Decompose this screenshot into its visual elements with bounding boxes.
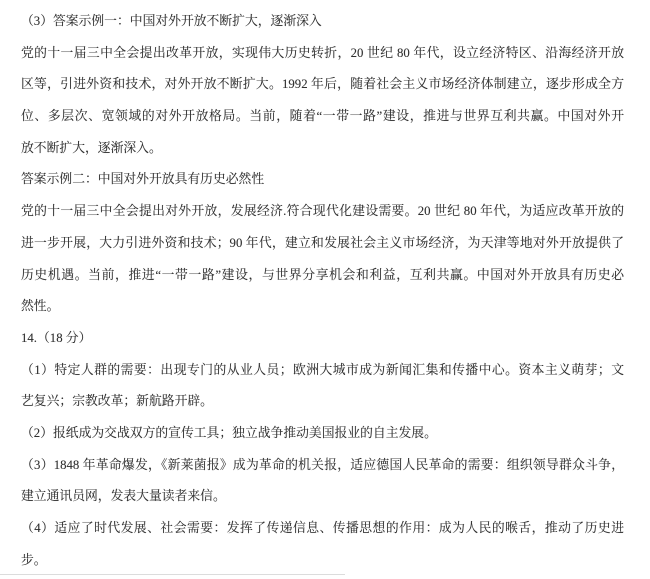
text-line: 步。 <box>21 545 624 577</box>
text-line: （2）报纸成为交战双方的宣传工具；独立战争推动美国报业的自主发展。 <box>21 418 624 450</box>
text-line: 党的十一届三中全会提出对外开放，发展经济.符合现代化建设需要。20 世纪 80 … <box>21 196 624 228</box>
text-line: 答案示例二：中国对外开放具有历史必然性 <box>21 164 624 196</box>
text-line: 14.（18 分） <box>21 323 624 355</box>
document-page: （3）答案示例一：中国对外开放不断扩大，逐渐深入党的十一届三中全会提出改革开放，… <box>0 0 650 579</box>
text-line: （3）1848 年革命爆发，《新莱菌报》成为革命的机关报，适应德国人民革命的需要… <box>21 450 624 482</box>
text-line: （3）答案示例一：中国对外开放不断扩大，逐渐深入 <box>21 6 624 38</box>
text-line: （4）适应了时代发展、社会需要：发挥了传递信息、传播思想的作用：成为人民的喉舌，… <box>21 513 624 545</box>
page-divider <box>0 574 345 575</box>
text-line: 历史机遇。当前，推进“一带一路”建设，与世界分享机会和利益，互利共赢。中国对外开… <box>21 260 624 292</box>
document-lines: （3）答案示例一：中国对外开放不断扩大，逐渐深入党的十一届三中全会提出改革开放，… <box>0 6 650 576</box>
text-line: 区等，引进外资和技术，对外开放不断扩大。1992 年后，随着社会主义市场经济体制… <box>21 69 624 101</box>
text-line: 然性。 <box>21 291 624 323</box>
text-line: 进一步开展，大力引进外资和技术；90 年代，建立和发展社会主义市场经济，为天津等… <box>21 228 624 260</box>
text-line: （1）特定人群的需要：出现专门的从业人员；欧洲大城市成为新闻汇集和传播中心。资本… <box>21 355 624 387</box>
text-line: 艺复兴；宗教改革；新航路开辟。 <box>21 386 624 418</box>
text-line: 位、多层次、宽领域的对外开放格局。当前，随着“一带一路”建设，推进与世界互利共赢… <box>21 101 624 133</box>
text-line: 建立通讯员网，发表大量读者来信。 <box>21 481 624 513</box>
text-line: 放不断扩大，逐渐深入。 <box>21 133 624 165</box>
text-line: 党的十一届三中全会提出改革开放，实现伟大历史转折，20 世纪 80 年代，设立经… <box>21 38 624 70</box>
